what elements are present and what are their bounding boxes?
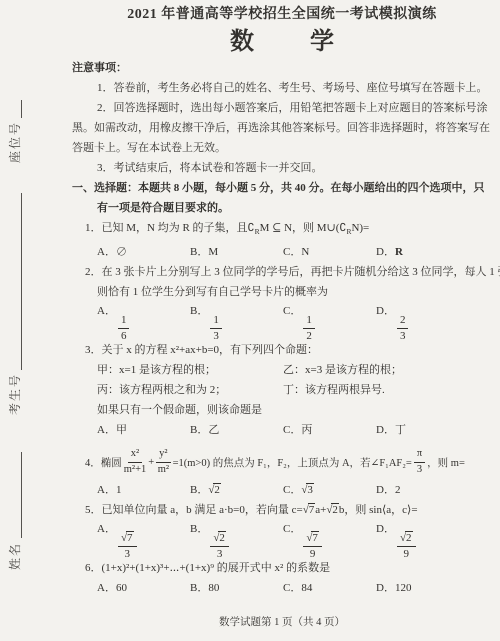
notice-item-2-line-1: 2．回答选择题时，选出每小题答案后，用铅笔把答题卡上对应题目的答案标号涂: [97, 98, 492, 118]
question-1-stem: 1．已知 M，N 均为 R 的子集，且∁RM ⊆ N，则 M∪(∁RN)=: [85, 218, 492, 242]
square-root: 7: [121, 532, 134, 544]
square-root: 2: [213, 532, 226, 544]
seat-number-label: 座位号: [8, 121, 22, 163]
name-label: 姓名: [8, 542, 22, 570]
fraction: 23: [397, 314, 409, 342]
question-2-option-a: A．16: [97, 302, 190, 342]
question-1-option-d: D．R: [376, 242, 492, 262]
question-3-options: A．甲 B．乙 C．丙 D．丁: [97, 420, 492, 440]
question-6-stem: 6．(1+x)²+(1+x)³+⋯+(1+x)⁹ 的展开式中 x² 的系数是: [85, 558, 492, 578]
candidate-number-blank-line: [8, 193, 22, 370]
question-6-options: A．60 B．80 C．84 D．120: [97, 578, 492, 598]
question-5-option-a: A．73: [97, 520, 190, 560]
question-4-option-b: B．2: [190, 480, 283, 500]
fraction: 73: [118, 532, 137, 560]
candidate-number-label: 考生号: [8, 373, 22, 415]
square-root: 2: [326, 504, 339, 516]
question-6-option-b: B．80: [190, 578, 283, 598]
fraction: 23: [210, 532, 229, 560]
square-root: 2: [400, 532, 413, 544]
notice-heading: 注意事项：: [72, 58, 492, 78]
notice-item-2-line-3: 答题卡上。写在本试卷上无效。: [72, 138, 492, 158]
question-3-propositions-row-2: 丙：该方程两根之和为 2； 丁：该方程两根异号.: [97, 380, 492, 400]
question-2-stem-line-2: 则恰有 1 位学生分到写有自己学号卡片的概率为: [97, 282, 492, 302]
question-6-option-c: C．84: [283, 578, 376, 598]
fraction: 12: [303, 314, 315, 342]
page-footer: 数学试题第 1 页（共 4 页）: [72, 614, 492, 632]
proposition-bing: 丙：该方程两根之和为 2；: [97, 380, 283, 400]
square-root: 7: [303, 504, 316, 516]
question-4-stem: 4．椭圆 x²m²+1 + y²m² =1(m>0) 的焦点为 F₁，F₂，上顶…: [85, 444, 492, 480]
fraction: y²m²: [156, 448, 170, 475]
question-2-option-d: D．23: [376, 302, 492, 342]
fraction: 13: [210, 314, 222, 342]
question-2-options: A．16 B．13 C．12 D．23: [97, 302, 492, 338]
question-5-stem: 5．已知单位向量 a，b 满足 a·b=0，若向量 c=7a+2b，则 sin⟨…: [85, 500, 492, 520]
question-4-option-a: A．1: [97, 480, 190, 500]
question-2-option-b: B．13: [190, 302, 283, 342]
question-1-option-a: A．∅: [97, 242, 190, 262]
square-root: 3: [301, 484, 314, 496]
question-2-option-c: C．12: [283, 302, 376, 342]
question-3-closing: 如果只有一个假命题，则该命题是: [97, 400, 492, 420]
fraction: 79: [303, 532, 322, 560]
question-1-option-c: C．N: [283, 242, 376, 262]
proposition-yi: 乙：x=3 是该方程的根；: [283, 360, 492, 380]
exam-paper-page: 姓名 考生号 座位号 2021 年普通高等学校招生全国统一考试模拟演练 数 学 …: [0, 0, 500, 641]
proposition-ding: 丁：该方程两根异号.: [283, 380, 492, 400]
proposition-jia: 甲：x=1 是该方程的根；: [97, 360, 283, 380]
question-3-option-c: C．丙: [283, 420, 376, 440]
name-blank-line: [8, 452, 22, 538]
question-4-option-d: D．2: [376, 480, 492, 500]
exam-title: 2021 年普通高等学校招生全国统一考试模拟演练: [72, 0, 492, 26]
notice-item-3: 3．考试结束后，将本试卷和答题卡一并交回。: [97, 158, 492, 178]
question-5-options: A．73 B．23 C．79 D．29: [97, 520, 492, 556]
seat-number-blank-line: [8, 100, 22, 118]
section-1-heading-line-1: 一、选择题：本题共 8 小题，每小题 5 分，共 40 分。在每小题给出的四个选…: [72, 178, 492, 198]
question-3-option-d: D．丁: [376, 420, 492, 440]
square-root: 7: [306, 532, 319, 544]
fraction: x²m²+1: [124, 448, 147, 475]
margin-fill-in-strip: 姓名 考生号 座位号: [4, 85, 22, 570]
question-4-option-c: C．3: [283, 480, 376, 500]
square-root: 2: [208, 484, 221, 496]
question-3-option-a: A．甲: [97, 420, 190, 440]
question-3-stem: 3．关于 x 的方程 x²+ax+b=0，有下列四个命题：: [85, 340, 492, 360]
notice-item-1: 1．答卷前，考生务必将自己的姓名、考生号、考场号、座位号填写在答题卡上。: [97, 78, 492, 98]
fraction: π3: [414, 448, 425, 475]
question-5-option-d: D．29: [376, 520, 492, 560]
paper-content: 2021 年普通高等学校招生全国统一考试模拟演练 数 学 注意事项： 1．答卷前…: [0, 0, 500, 632]
question-3-option-b: B．乙: [190, 420, 283, 440]
question-6-option-d: D．120: [376, 578, 492, 598]
question-1-options: A．∅ B．M C．N D．R: [97, 242, 492, 262]
question-3-propositions-row-1: 甲：x=1 是该方程的根； 乙：x=3 是该方程的根；: [97, 360, 492, 380]
question-5-option-c: C．79: [283, 520, 376, 560]
question-6-option-a: A．60: [97, 578, 190, 598]
question-4-options: A．1 B．2 C．3 D．2: [97, 480, 492, 500]
question-2-stem-line-1: 2．在 3 张卡片上分别写上 3 位同学的学号后，再把卡片随机分给这 3 位同学…: [85, 262, 492, 282]
question-5-option-b: B．23: [190, 520, 283, 560]
fraction: 16: [118, 314, 130, 342]
section-1-heading-line-2: 有一项是符合题目要求的。: [97, 198, 492, 218]
subject-title: 数 学: [72, 26, 492, 58]
fraction: 29: [397, 532, 416, 560]
notice-item-2-line-2: 黑。如需改动，用橡皮擦干净后，再选涂其他答案标号。回答非选择题时，将答案写在: [72, 118, 492, 138]
question-1-option-b: B．M: [190, 242, 283, 262]
